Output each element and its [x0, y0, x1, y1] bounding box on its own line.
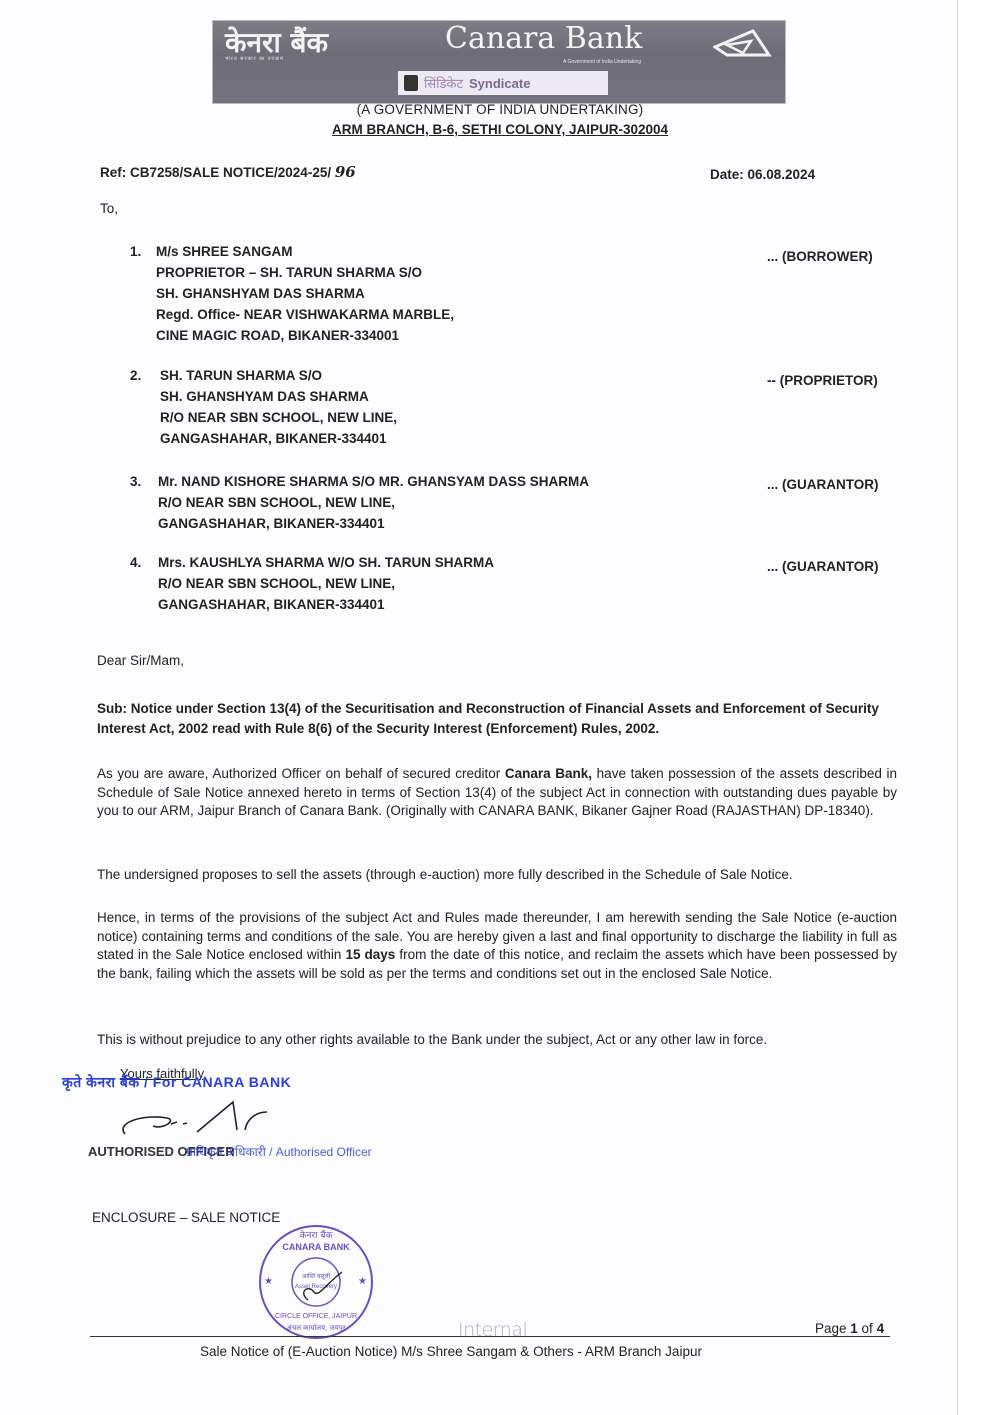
- syndicate-english: Syndicate: [469, 76, 530, 91]
- signature-icon: [105, 1100, 305, 1145]
- handwritten-number: 96: [335, 163, 356, 181]
- addressee-line: SH. TARUN SHARMA S/O: [160, 365, 397, 386]
- addressee-line: R/O NEAR SBN SCHOOL, NEW LINE,: [160, 407, 397, 428]
- addressee-number: 4.: [130, 552, 141, 573]
- reference-number: Ref: CB7258/SALE NOTICE/2024-25/ 96: [100, 163, 356, 181]
- footer-text: Sale Notice of (E-Auction Notice) M/s Sh…: [200, 1344, 702, 1359]
- addressee-line: GANGASHAHAR, BIKANER-334401: [160, 428, 397, 449]
- addressee-role: ... (BORROWER): [767, 249, 873, 264]
- page-total: 4: [877, 1321, 885, 1336]
- svg-text:अंचल कार्यालय, जयपुर: अंचल कार्यालय, जयपुर: [286, 1323, 345, 1332]
- page-current: 1: [850, 1321, 858, 1336]
- addressee-line: GANGASHAHAR, BIKANER-334401: [158, 594, 494, 615]
- footer-divider: [90, 1336, 890, 1337]
- addressee-line: Mr. NAND KISHORE SHARMA S/O MR. GHANSYAM…: [158, 471, 589, 492]
- svg-text:CANARA BANK: CANARA BANK: [282, 1242, 350, 1252]
- addressee-number: 3.: [130, 471, 141, 492]
- addressee-number: 1.: [130, 241, 141, 262]
- addressee-role: ... (GUARANTOR): [767, 477, 879, 492]
- addressee-role: ... (GUARANTOR): [767, 559, 879, 574]
- svg-text:Asset Recovery: Asset Recovery: [295, 1284, 337, 1290]
- addressee-line: R/O NEAR SBN SCHOOL, NEW LINE,: [158, 492, 589, 513]
- branch-address: ARM BRANCH, B-6, SETHI COLONY, JAIPUR-30…: [0, 122, 1000, 137]
- branch-address-text: ARM BRANCH, B-6, SETHI COLONY, JAIPUR-30…: [332, 122, 668, 137]
- bank-name-english: Canara Bank: [445, 21, 642, 56]
- paragraph-prejudice: This is without prejudice to any other r…: [97, 1031, 897, 1050]
- page-of: of: [858, 1321, 877, 1336]
- svg-text:आस्ति वसूली: आस्ति वसूली: [302, 1272, 331, 1280]
- english-tagline: A Government of India Undertaking: [563, 59, 641, 65]
- syndicate-logo-icon: [404, 75, 418, 91]
- letterhead-banner: केनरा बैंक भारत सरकार का उपक्रम Canara B…: [212, 20, 786, 104]
- page-edge: [957, 0, 1000, 1415]
- letter-date: Date: 06.08.2024: [710, 167, 815, 182]
- paragraph-bold: Canara Bank,: [505, 766, 592, 781]
- syndicate-hindi: सिंडिकेट: [424, 74, 463, 92]
- subject-line: Sub: Notice under Section 13(4) of the S…: [97, 699, 897, 739]
- page-number: Page 1 of 4: [815, 1321, 884, 1336]
- paragraph-possession: As you are aware, Authorized Officer on …: [97, 765, 897, 821]
- svg-text:CIRCLE OFFICE, JAIPUR: CIRCLE OFFICE, JAIPUR: [275, 1313, 357, 1320]
- addressee-number: 2.: [130, 365, 141, 386]
- addressee-line: M/s SHREE SANGAM: [156, 241, 454, 262]
- to-label: To,: [100, 201, 118, 216]
- svg-text:★: ★: [264, 1276, 273, 1287]
- addressee-line: PROPRIETOR – SH. TARUN SHARMA S/O: [156, 262, 454, 283]
- hindi-tagline: भारत सरकार का उपक्रम: [225, 56, 284, 62]
- addressee-line: CINE MAGIC ROAD, BIKANER-334001: [156, 325, 454, 346]
- paragraph-bold: 15 days: [345, 947, 395, 962]
- ref-text: Ref: CB7258/SALE NOTICE/2024-25/: [100, 165, 335, 180]
- canara-logo-icon: [713, 27, 773, 59]
- paragraph-notice: Hence, in terms of the provisions of the…: [97, 909, 897, 983]
- svg-text:★: ★: [358, 1276, 367, 1287]
- page-prefix: Page: [815, 1321, 850, 1336]
- addressee-line: SH. GHANSHYAM DAS SHARMA: [160, 386, 397, 407]
- addressee-line: Mrs. KAUSHLYA SHARMA W/O SH. TARUN SHARM…: [158, 552, 494, 573]
- addressee-line: GANGASHAHAR, BIKANER-334401: [158, 513, 589, 534]
- addressee-role: -- (PROPRIETOR): [767, 373, 878, 388]
- bank-stamp-line: कृते केनरा बैंक / For CANARA BANK: [62, 1073, 291, 1092]
- internal-watermark: Internal: [458, 1319, 527, 1341]
- enclosure-label: ENCLOSURE – SALE NOTICE: [92, 1210, 280, 1225]
- svg-text:केनरा बैंक: केनरा बैंक: [300, 1229, 334, 1241]
- officer-stamp: प्राधिकृत अधिकारी / Authorised Officer: [186, 1143, 372, 1160]
- salutation: Dear Sir/Mam,: [97, 653, 184, 668]
- syndicate-badge: सिंडिकेट Syndicate: [398, 71, 608, 95]
- government-line: (A GOVERNMENT OF INDIA UNDERTAKING): [0, 102, 1000, 117]
- bank-seal-icon: ★ ★ CANARA BANK केनरा बैंक आस्ति वसूली A…: [256, 1222, 376, 1342]
- addressee-line: SH. GHANSHYAM DAS SHARMA: [156, 283, 454, 304]
- addressee-line: Regd. Office- NEAR VISHWAKARMA MARBLE,: [156, 304, 454, 325]
- addressee-line: R/O NEAR SBN SCHOOL, NEW LINE,: [158, 573, 494, 594]
- paragraph-text: As you are aware, Authorized Officer on …: [97, 766, 505, 781]
- paragraph-proposal: The undersigned proposes to sell the ass…: [97, 866, 897, 885]
